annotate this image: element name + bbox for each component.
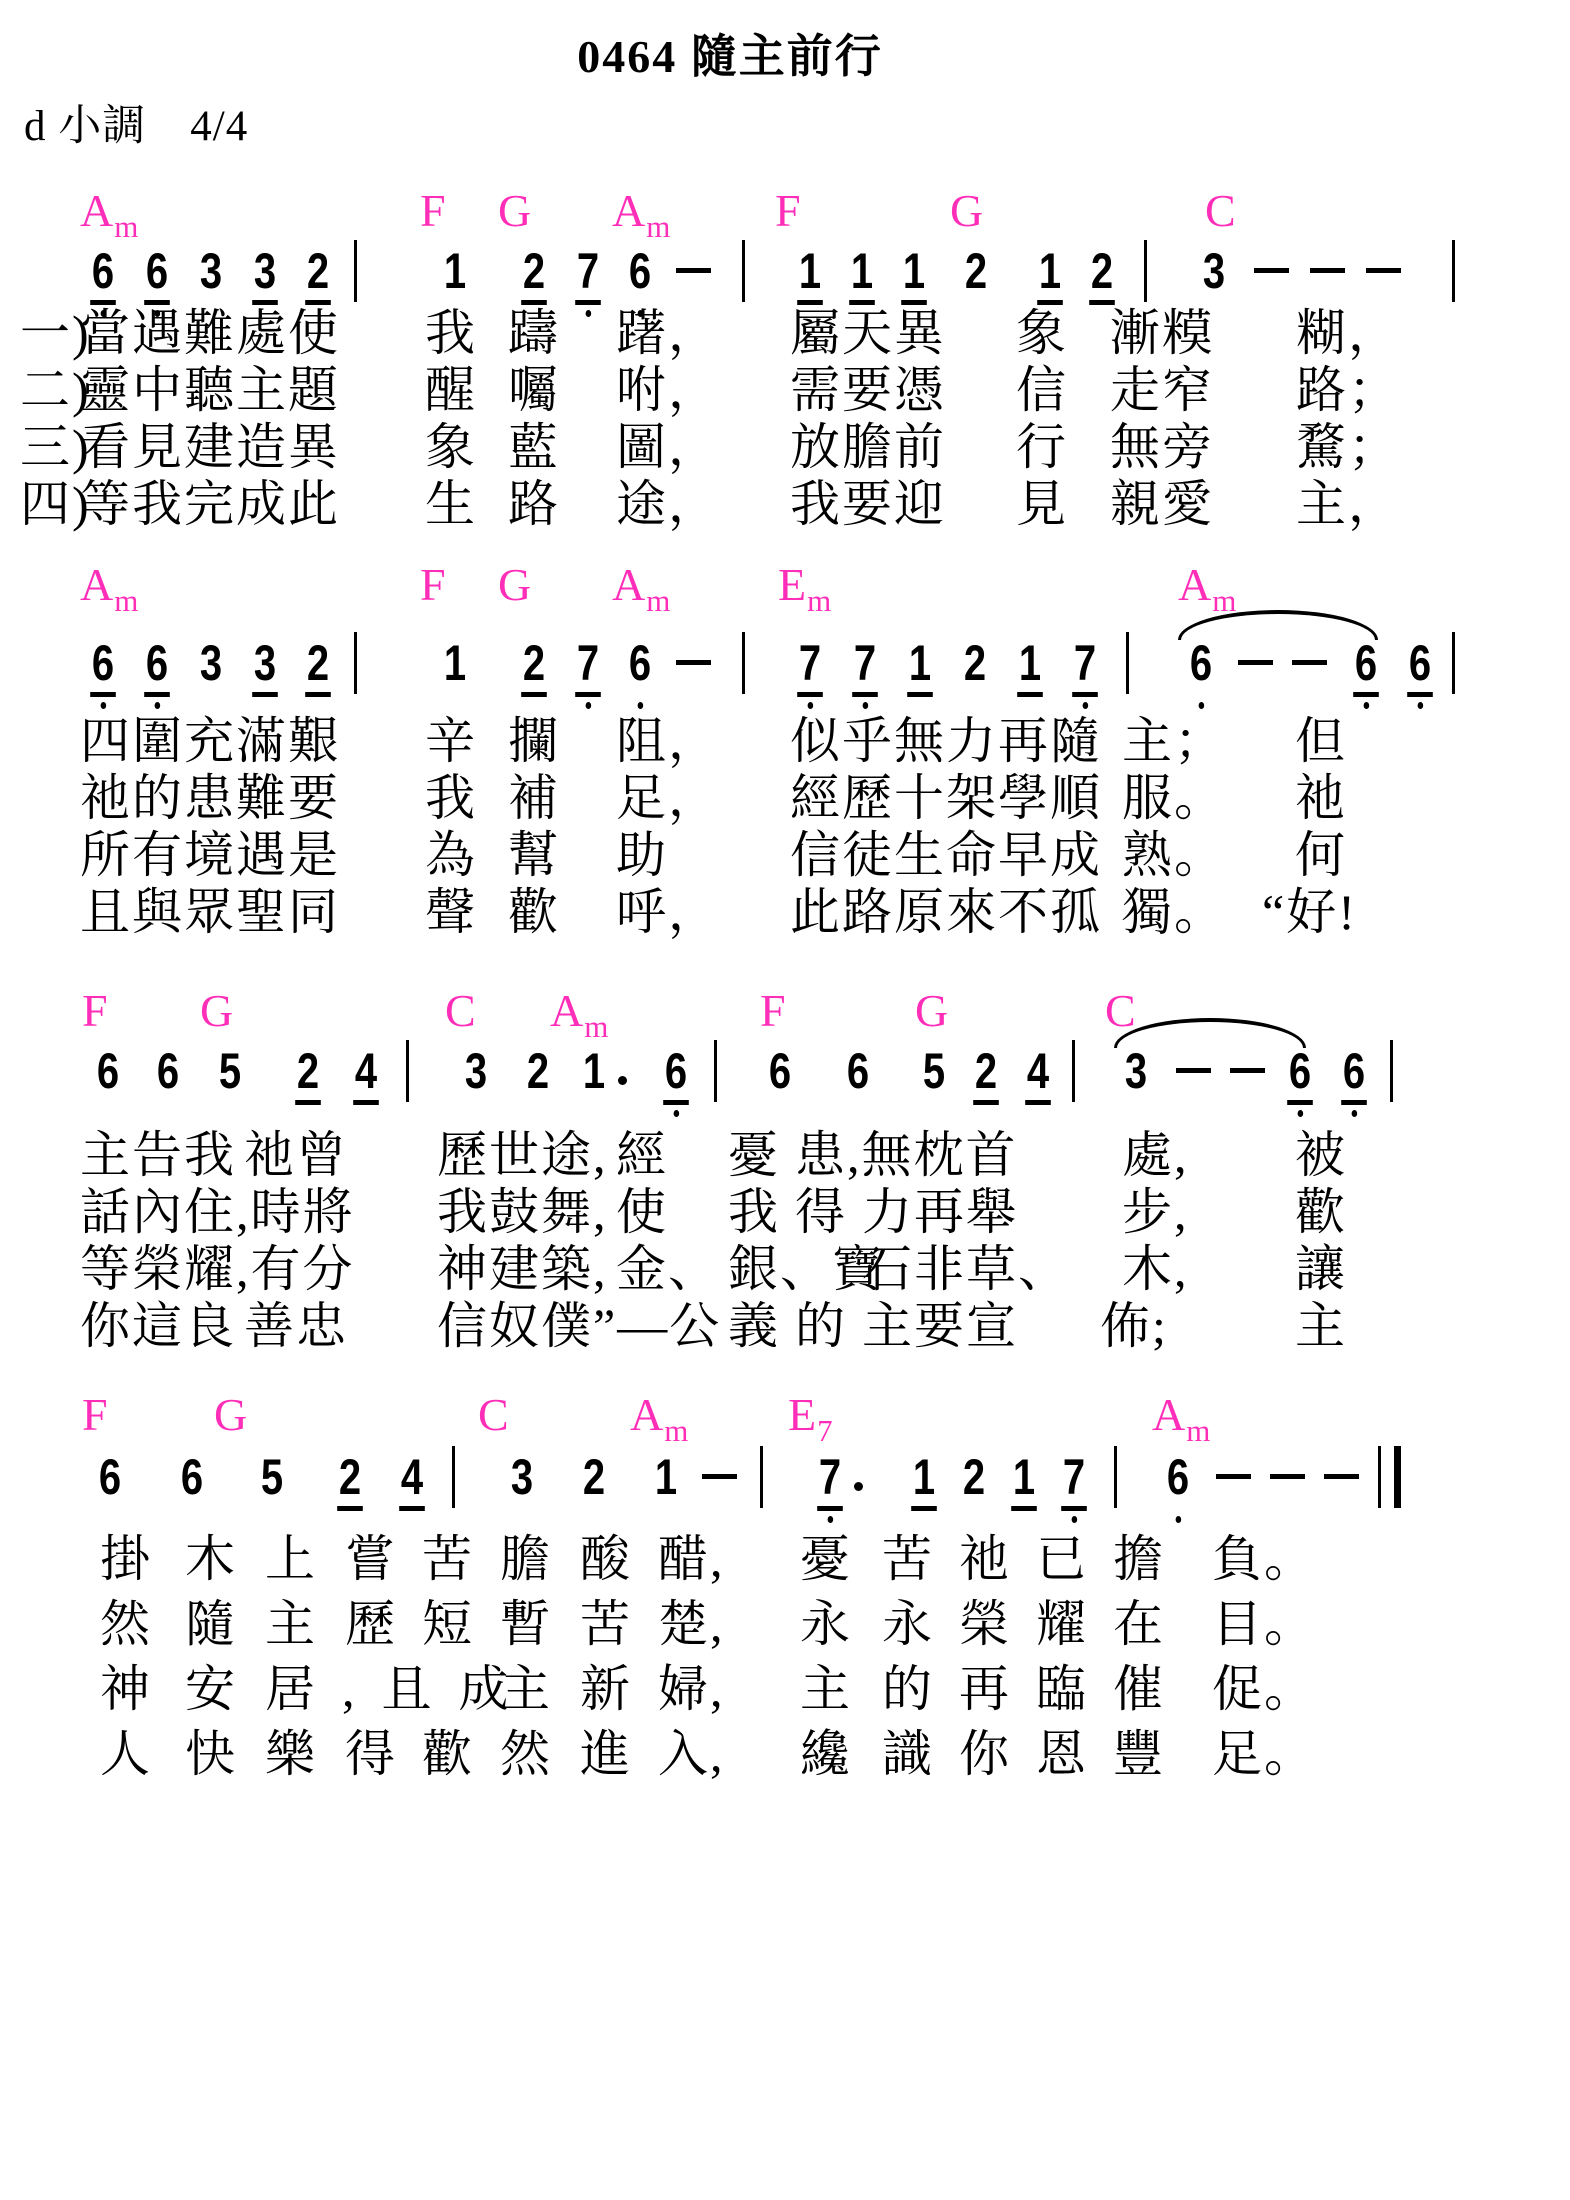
lyric-segment: 促。 — [1212, 1662, 1316, 1716]
bar-line — [354, 240, 357, 302]
chord-quality: m — [1186, 1413, 1210, 1448]
lyric-segment: 祂的患難要 — [80, 771, 340, 825]
eighth-underline — [399, 1506, 425, 1511]
note-digit: 1 — [580, 1046, 609, 1124]
lyric-segment: 何 — [1295, 828, 1347, 882]
note-digit: 7 — [1071, 638, 1100, 716]
lyric-segment: 足。 — [1212, 1727, 1316, 1781]
note-digit: 1 — [906, 638, 935, 716]
note-digit: 5 — [258, 1452, 287, 1530]
lyric-segment: 醋, — [658, 1532, 725, 1586]
note-digit: 6 — [1352, 638, 1381, 716]
lyric-segment: 快 — [185, 1727, 237, 1781]
sheet-page: 0464 隨主前行 d 小調 4/4 AmFGAmFGC663321276111… — [0, 0, 1570, 2200]
eighth-underline — [797, 692, 823, 697]
note-digit: 6 — [844, 1046, 873, 1124]
bar-line — [1452, 240, 1455, 302]
note-digit: 6 — [1187, 638, 1216, 716]
lyric-segment: 樂 — [265, 1727, 317, 1781]
lyric-segment: 祂曾 — [244, 1128, 348, 1182]
lyric-segment: 當遇難處使 — [80, 306, 340, 360]
note-digit: 7 — [574, 638, 603, 716]
note-digit: 2 — [961, 638, 990, 716]
note-digit: 4 — [352, 1046, 381, 1124]
note-digit: 6 — [96, 1452, 125, 1530]
note-digit: 1 — [441, 638, 470, 716]
lyric-segment: 婦, — [658, 1662, 725, 1716]
chord-symbol: G — [498, 562, 531, 608]
duration-dash — [1254, 268, 1289, 273]
duration-dash — [1366, 268, 1401, 273]
note-digit: 3 — [462, 1046, 491, 1124]
note-digit: 4 — [1024, 1046, 1053, 1124]
lyric-segment: 為 — [425, 828, 477, 882]
lyric-segment: 然 — [100, 1597, 152, 1651]
eighth-underline — [1089, 300, 1115, 305]
chord-symbol: F — [82, 988, 108, 1034]
note-digit: 3 — [1122, 1046, 1151, 1124]
low-octave-dot — [585, 310, 591, 317]
lyric-segment: 躇， — [616, 306, 720, 360]
note-digit: 2 — [304, 638, 333, 716]
lyric-segment: 負。 — [1212, 1532, 1316, 1586]
chord-quality: m — [646, 583, 670, 618]
lyric-segment: 主； — [1122, 714, 1226, 768]
eighth-underline — [1061, 1506, 1087, 1511]
lyric-segment: 信奴僕”—公 — [437, 1299, 721, 1353]
low-octave-dot — [1082, 702, 1088, 709]
lyric-segment: 靈中聽主題 — [80, 363, 340, 417]
bar-line — [1390, 1040, 1393, 1102]
page-title: 0464 隨主前行 — [0, 20, 1460, 86]
lyric-segment: 補 — [508, 771, 560, 825]
bar-line — [354, 632, 357, 694]
note-digit: 7 — [574, 246, 603, 324]
lyric-segment: 歷世途, — [437, 1128, 608, 1182]
chord-symbol: F — [420, 188, 446, 234]
lyric-segment: 上 — [265, 1532, 317, 1586]
lyric-segment: 神建築, — [437, 1242, 608, 1296]
lyric-segment: 熟。 — [1122, 828, 1226, 882]
lyric-segment: 獨。 — [1122, 885, 1226, 939]
lyric-segment: 但 — [1295, 714, 1347, 768]
lyric-segment: 見 — [1016, 477, 1068, 531]
note-digit: 6 — [94, 1046, 123, 1124]
lyric-segment: 我鼓舞, — [437, 1185, 608, 1239]
bar-line — [1072, 1040, 1075, 1102]
lyric-segment: 隨 — [185, 1597, 237, 1651]
note-digit: 5 — [920, 1046, 949, 1124]
lyric-segment: 服。 — [1122, 771, 1226, 825]
lyric-segment: 所有境遇是 — [80, 828, 340, 882]
low-octave-dot — [100, 702, 106, 709]
duration-dash — [1216, 1474, 1251, 1479]
lyric-segment: 需要憑 — [790, 363, 946, 417]
eighth-underline — [575, 692, 601, 697]
chord-symbol: G — [915, 988, 948, 1034]
lyric-segment: 你這良 — [80, 1299, 236, 1353]
lyric-segment: 生 — [425, 477, 477, 531]
note-digit: 2 — [580, 1452, 609, 1530]
augmentation-dot — [854, 1482, 863, 1491]
low-octave-dot — [585, 702, 591, 709]
note-digit: 6 — [1406, 638, 1435, 716]
chord-symbol: Am — [612, 188, 669, 234]
low-octave-dot — [1351, 1110, 1357, 1117]
low-octave-dot — [637, 702, 643, 709]
eighth-underline — [252, 692, 278, 697]
lyric-segment: 我 — [728, 1185, 780, 1239]
chord-symbol: Am — [550, 988, 607, 1034]
lyric-segment: 四圍充滿艱 — [80, 714, 340, 768]
chord-quality: m — [584, 1009, 608, 1044]
lyric-segment: 嘗苦 — [345, 1532, 499, 1586]
chord-symbol: Am — [80, 188, 137, 234]
key-signature: d 小調 4/4 — [24, 92, 248, 153]
note-digit: 2 — [520, 638, 549, 716]
bar-line — [714, 1040, 717, 1102]
lyric-segment: 囑 — [508, 363, 560, 417]
lyric-segment: 主 — [1295, 1299, 1347, 1353]
lyric-segment: 我 — [425, 771, 477, 825]
lyric-segment: 我要迎 — [790, 477, 946, 531]
note-digit: 6 — [662, 1046, 691, 1124]
lyric-segment: 善忠 — [244, 1299, 348, 1353]
lyric-segment: 使 — [616, 1185, 668, 1239]
low-octave-dot — [1297, 1110, 1303, 1117]
lyric-segment: 幫 — [508, 828, 560, 882]
lyric-segment: 祂 — [1295, 771, 1347, 825]
lyric-segment: 安 — [185, 1662, 237, 1716]
duration-dash — [1292, 660, 1327, 665]
lyric-segment: 神 — [100, 1662, 152, 1716]
note-digit: 4 — [398, 1452, 427, 1530]
lyric-segment: 力再舉 — [862, 1185, 1018, 1239]
lyric-segment: 藍 — [508, 420, 560, 474]
note-digit: 1 — [910, 1452, 939, 1530]
lyric-segment: 纔 — [800, 1727, 852, 1781]
lyric-segment: 木 — [185, 1532, 237, 1586]
lyric-segment: 的再臨催 — [882, 1662, 1190, 1716]
lyric-segment: 信徒生命早成 — [790, 828, 1102, 882]
note-digit: 5 — [216, 1046, 245, 1124]
lyric-segment: 咐， — [616, 363, 720, 417]
lyric-segment: 進 — [580, 1727, 632, 1781]
lyric-segment: 暫 — [500, 1597, 552, 1651]
eighth-underline — [521, 300, 547, 305]
note-digit: 3 — [251, 638, 280, 716]
note-digit: 6 — [154, 1046, 183, 1124]
eighth-underline — [575, 300, 601, 305]
low-octave-dot — [1175, 1516, 1181, 1523]
note-digit: 7 — [796, 638, 825, 716]
eighth-underline — [1353, 692, 1379, 697]
duration-dash — [702, 1474, 737, 1479]
lyric-segment: 佈; — [1100, 1299, 1168, 1353]
tie-arc — [1178, 610, 1378, 640]
eighth-underline — [1341, 1100, 1367, 1105]
lyric-segment: 新 — [580, 1662, 632, 1716]
lyric-segment: 足， — [616, 771, 720, 825]
chord-symbol: Am — [1152, 1392, 1209, 1438]
chord-symbol: Am — [80, 562, 137, 608]
lyric-segment: 苦祂已擔 — [882, 1532, 1190, 1586]
lyric-segment: 辛 — [425, 714, 477, 768]
note-digit: 6 — [1164, 1452, 1193, 1530]
lyric-segment: 助 — [616, 828, 668, 882]
lyric-segment: 入, — [658, 1727, 725, 1781]
lyric-segment: 信 — [1016, 363, 1068, 417]
duration-dash — [1176, 1068, 1211, 1073]
bar-line — [1144, 240, 1147, 302]
lyric-segment: 處, — [1122, 1128, 1189, 1182]
final-bar-line — [1378, 1446, 1401, 1508]
lyric-segment: 主告我 — [80, 1128, 236, 1182]
lyric-segment: 等榮耀,有分 — [80, 1242, 355, 1296]
lyric-segment: 阻， — [616, 714, 720, 768]
lyric-segment: 聲 — [425, 885, 477, 939]
lyric-segment: 親愛 — [1110, 477, 1214, 531]
lyric-segment: 看見建造異 — [80, 420, 340, 474]
low-octave-dot — [154, 702, 160, 709]
lyric-segment: 走窄 — [1110, 363, 1214, 417]
chord-quality: m — [114, 209, 138, 244]
bar-line — [1452, 632, 1455, 694]
lyric-segment: 經 — [616, 1128, 668, 1182]
note-digit: 7 — [816, 1452, 845, 1530]
eighth-underline — [1287, 1100, 1313, 1105]
eighth-underline — [849, 300, 875, 305]
duration-dash — [1270, 1474, 1305, 1479]
lyric-segment: 騖； — [1296, 420, 1400, 474]
lyric-segment: 無旁 — [1110, 420, 1214, 474]
chord-quality: m — [807, 583, 831, 618]
chord-symbol: C — [478, 1392, 509, 1438]
lyric-segment: 銀、寶 — [728, 1242, 884, 1296]
eighth-underline — [90, 300, 116, 305]
eighth-underline — [852, 692, 878, 697]
note-digit: 6 — [1286, 1046, 1315, 1124]
chord-symbol: C — [1205, 188, 1236, 234]
lyric-segment: 歡 — [1295, 1185, 1347, 1239]
low-octave-dot — [1071, 1516, 1077, 1523]
eighth-underline — [797, 300, 823, 305]
note-digit: 2 — [294, 1046, 323, 1124]
lyric-segment: 等我完成此 — [80, 477, 340, 531]
lyric-segment: 象 — [1016, 306, 1068, 360]
bar-line — [742, 632, 745, 694]
lyric-segment: 且與眾聖同 — [80, 885, 340, 939]
lyric-segment: 漸糢 — [1110, 306, 1214, 360]
chord-symbol: Am — [1178, 562, 1235, 608]
bar-line — [742, 240, 745, 302]
lyric-segment: 木, — [1122, 1242, 1189, 1296]
note-digit: 7 — [1060, 1452, 1089, 1530]
lyric-segment: 行 — [1016, 420, 1068, 474]
note-digit: 6 — [178, 1452, 207, 1530]
duration-dash — [676, 660, 711, 665]
note-digit: 1 — [652, 1452, 681, 1530]
lyric-segment: 憂 — [800, 1532, 852, 1586]
lyric-segment: 話內住,時將 — [80, 1185, 355, 1239]
lyric-segment: 放膽前 — [790, 420, 946, 474]
lyric-segment: 居,且成 — [265, 1662, 536, 1716]
lyric-segment: 永 — [800, 1597, 852, 1651]
lyric-segment: 主 — [800, 1662, 852, 1716]
low-octave-dot — [1198, 702, 1204, 709]
bar-line — [452, 1446, 455, 1508]
lyric-segment: 患,無枕首 — [795, 1128, 1018, 1182]
chord-symbol: C — [1105, 988, 1136, 1034]
note-digit: 6 — [766, 1046, 795, 1124]
low-octave-dot — [673, 1110, 679, 1117]
lyric-segment: 憂 — [728, 1128, 780, 1182]
eighth-underline — [521, 692, 547, 697]
chord-symbol: F — [775, 188, 801, 234]
note-digit: 3 — [508, 1452, 537, 1530]
lyric-segment: 掛 — [100, 1532, 152, 1586]
lyric-segment: 象 — [425, 420, 477, 474]
duration-dash — [1310, 268, 1345, 273]
chord-quality: m — [664, 1413, 688, 1448]
eighth-underline — [817, 1506, 843, 1511]
chord-symbol: Em — [778, 562, 830, 608]
chord-symbol: F — [82, 1392, 108, 1438]
note-digit: 2 — [972, 1046, 1001, 1124]
lyric-segment: 主 — [265, 1597, 317, 1651]
low-octave-dot — [1417, 702, 1423, 709]
note-digit: 2 — [962, 246, 991, 324]
eighth-underline — [252, 300, 278, 305]
chord-quality: m — [646, 209, 670, 244]
lyric-segment: 躊 — [508, 306, 560, 360]
note-digit: 1 — [1016, 638, 1045, 716]
lyric-segment: 屬天異 — [790, 306, 946, 360]
lyric-segment: 的 — [795, 1299, 847, 1353]
chord-symbol: C — [445, 988, 476, 1034]
lyric-segment: 得歡 — [345, 1727, 499, 1781]
lyric-segment: 膽 — [500, 1532, 552, 1586]
lyric-segment: 歡 — [508, 885, 560, 939]
lyric-segment: 攔 — [508, 714, 560, 768]
note-digit: 2 — [524, 1046, 553, 1124]
note-digit: 6 — [626, 638, 655, 716]
eighth-underline — [1407, 692, 1433, 697]
note-digit: 3 — [197, 638, 226, 716]
note-digit: 1 — [1010, 1452, 1039, 1530]
lyric-segment: 人 — [100, 1727, 152, 1781]
lyric-segment: 金、 — [616, 1242, 720, 1296]
lyric-segment: 步, — [1122, 1185, 1189, 1239]
lyric-segment: 識你恩豐 — [882, 1727, 1190, 1781]
lyric-segment: 糊， — [1296, 306, 1400, 360]
eighth-underline — [353, 1100, 379, 1105]
lyric-segment: 義 — [728, 1299, 780, 1353]
chord-symbol: Am — [612, 562, 669, 608]
lyric-segment: 讓 — [1295, 1242, 1347, 1296]
bar-line — [1126, 632, 1129, 694]
lyric-segment: 主， — [1296, 477, 1400, 531]
chord-symbol: F — [760, 988, 786, 1034]
eighth-underline — [1011, 1506, 1037, 1511]
lyric-segment: 石非草、 — [862, 1242, 1070, 1296]
eighth-underline — [901, 300, 927, 305]
eighth-underline — [663, 1100, 689, 1105]
lyric-segment: 圖， — [616, 420, 720, 474]
eighth-underline — [1037, 300, 1063, 305]
eighth-underline — [90, 692, 116, 697]
eighth-underline — [1017, 692, 1043, 697]
lyric-segment: “好! — [1262, 885, 1357, 939]
eighth-underline — [337, 1506, 363, 1511]
low-octave-dot — [827, 1516, 833, 1523]
duration-dash — [1324, 1474, 1359, 1479]
duration-dash — [1230, 1068, 1265, 1073]
lyric-segment: 途， — [616, 477, 720, 531]
chord-symbol: G — [200, 988, 233, 1034]
augmentation-dot — [618, 1076, 627, 1085]
lyric-segment: 呼， — [616, 885, 720, 939]
chord-symbol: Am — [630, 1392, 687, 1438]
bar-line — [406, 1040, 409, 1102]
eighth-underline — [305, 300, 331, 305]
lyric-segment: 似乎無力再隨 — [790, 714, 1102, 768]
lyric-segment: 楚, — [658, 1597, 725, 1651]
eighth-underline — [305, 692, 331, 697]
note-digit: 2 — [336, 1452, 365, 1530]
chord-symbol: G — [498, 188, 531, 234]
note-digit: 6 — [1340, 1046, 1369, 1124]
lyric-segment: 苦 — [580, 1597, 632, 1651]
bar-line — [760, 1446, 763, 1508]
lyric-segment: 永榮耀在 — [882, 1597, 1190, 1651]
lyric-segment: 然 — [500, 1727, 552, 1781]
note-digit: 6 — [89, 638, 118, 716]
lyric-segment: 目。 — [1212, 1597, 1316, 1651]
chord-quality: 7 — [817, 1413, 833, 1448]
chord-quality: m — [114, 583, 138, 618]
duration-dash — [676, 268, 711, 273]
lyric-segment: 醒 — [425, 363, 477, 417]
note-digit: 6 — [143, 638, 172, 716]
chord-symbol: G — [950, 188, 983, 234]
lyric-segment: 主要宣 — [862, 1299, 1018, 1353]
chord-symbol: G — [214, 1392, 247, 1438]
lyric-segment: 此路原來不孤 — [790, 885, 1102, 939]
tie-arc — [1114, 1018, 1306, 1048]
lyric-segment: 得 — [795, 1185, 847, 1239]
lyric-segment: 酸 — [580, 1532, 632, 1586]
eighth-underline — [1072, 692, 1098, 697]
low-octave-dot — [862, 702, 868, 709]
lyric-segment: 被 — [1295, 1128, 1347, 1182]
eighth-underline — [1025, 1100, 1051, 1105]
lyric-segment: 主 — [500, 1662, 552, 1716]
note-digit: 2 — [960, 1452, 989, 1530]
eighth-underline — [911, 1506, 937, 1511]
lyric-segment: 我 — [425, 306, 477, 360]
eighth-underline — [144, 300, 170, 305]
eighth-underline — [144, 692, 170, 697]
eighth-underline — [973, 1100, 999, 1105]
bar-line — [1114, 1446, 1117, 1508]
chord-symbol: E7 — [788, 1392, 832, 1438]
lyric-segment: 經歷十架學順 — [790, 771, 1102, 825]
eighth-underline — [295, 1100, 321, 1105]
lyric-segment: 路 — [508, 477, 560, 531]
note-digit: 7 — [851, 638, 880, 716]
chord-symbol: F — [420, 562, 446, 608]
